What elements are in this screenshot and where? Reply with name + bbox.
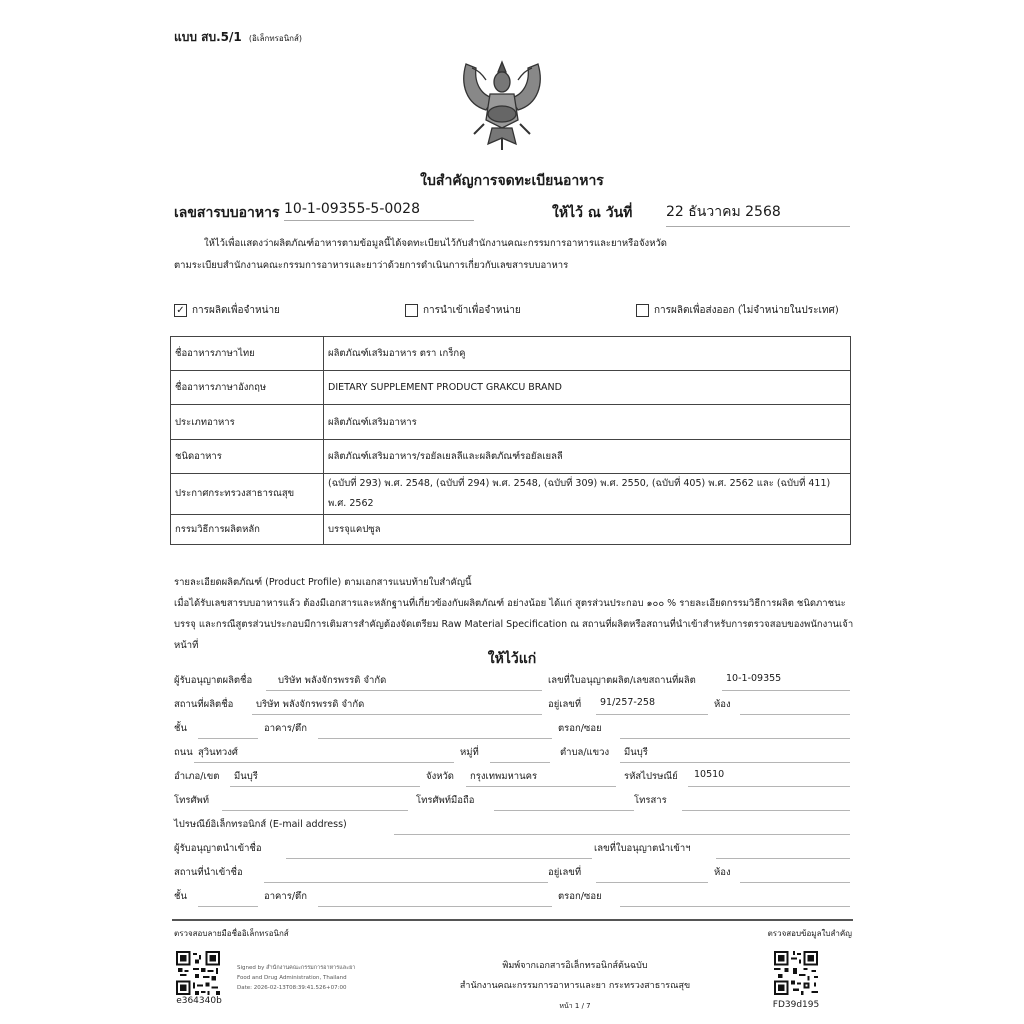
- email-label: ไปรษณีย์อิเล็กทรอนิกส์ (E-mail address): [174, 817, 347, 832]
- footer-divider: [172, 919, 853, 921]
- form-row-import-floor: ชั้น อาคาร/ตึก ตรอก/ซอย: [174, 887, 850, 907]
- fax-label: โทรสาร: [634, 793, 667, 808]
- table-row: ชนิดอาหาร ผลิตภัณฑ์เสริมอาหาร/รอยัลเยลลี…: [171, 440, 851, 474]
- qr-code-document-icon[interactable]: [774, 951, 818, 995]
- table-row: ชื่ออาหารภาษาไทย ผลิตภัณฑ์เสริมอาหาร ตรา…: [171, 337, 851, 371]
- form-row-road: ถนน สุวินทวงศ์ หมู่ที่ ตำบล/แขวง มีนบุรี: [174, 743, 850, 763]
- food-info-table: ชื่ออาหารภาษาไทย ผลิตภัณฑ์เสริมอาหาร ตรา…: [170, 336, 851, 545]
- intro-text-line2: ตามระเบียบสำนักงานคณะกรรมการอาหารและยาว่…: [174, 258, 568, 273]
- signed-date: Date: 2026-02-13T08:39:41.526+07:00: [237, 983, 355, 993]
- import-building-label: อาคาร/ตึก: [264, 889, 307, 904]
- district-value: มีนบุรี: [234, 769, 258, 784]
- checkbox-empty-icon[interactable]: [636, 304, 649, 317]
- profile-line1: รายละเอียดผลิตภัณฑ์ (Product Profile) ตา…: [174, 572, 854, 593]
- profile-line2: เมื่อได้รับเลขสารบบอาหารแล้ว ต้องมีเอกสา…: [174, 593, 854, 656]
- checkbox-produce-for-sale[interactable]: ✓ การผลิตเพื่อจำหน่าย: [174, 303, 280, 318]
- qr-document-code: FD39d195: [770, 1000, 822, 1010]
- checkbox-produce-for-export[interactable]: การผลิตเพื่อส่งออก (ไม่จำหน่ายในประเทศ): [636, 303, 839, 318]
- postal-value: 10510: [694, 769, 724, 780]
- form-code-text: แบบ สบ.5/1: [174, 30, 242, 44]
- floor-label: ชั้น: [174, 721, 187, 736]
- import-floor-label: ชั้น: [174, 889, 187, 904]
- issue-date-value: 22 ธันวาคม 2568: [666, 201, 850, 227]
- road-label: ถนน: [174, 745, 193, 760]
- postal-label: รหัสไปรษณีย์: [624, 769, 678, 784]
- import-site-label: สถานที่นำเข้าชื่อ: [174, 865, 243, 880]
- table-row: ประเภทอาหาร ผลิตภัณฑ์เสริมอาหาร: [171, 405, 851, 440]
- form-row-importer: ผู้รับอนุญาตนำเข้าชื่อ เลขที่ใบอนุญาตนำเ…: [174, 839, 850, 859]
- checkbox-label: การนำเข้าเพื่อจำหน่าย: [423, 303, 521, 318]
- mobile-label: โทรศัพท์มือถือ: [416, 793, 474, 808]
- qr-code-signature-icon[interactable]: [176, 951, 220, 995]
- table-key: ชื่ออาหารภาษาไทย: [171, 337, 324, 371]
- license-number-value: 10-1-09355: [726, 673, 781, 684]
- phone-label: โทรศัพท์: [174, 793, 209, 808]
- table-key: ชนิดอาหาร: [171, 440, 324, 474]
- signed-org: Food and Drug Administration, Thailand: [237, 973, 355, 983]
- table-row: ประกาศกระทรวงสาธารณสุข (ฉบับที่ 293) พ.ศ…: [171, 474, 851, 515]
- road-value: สุวินทวงศ์: [198, 745, 238, 760]
- form-row-phone: โทรศัพท์ โทรศัพท์มือถือ โทรสาร: [174, 791, 850, 811]
- producer-name-label: ผู้รับอนุญาตผลิตชื่อ: [174, 673, 252, 688]
- form-code-note: (อิเล็กทรอนิกส์): [249, 34, 302, 43]
- importer-name-label: ผู้รับอนุญาตนำเข้าชื่อ: [174, 841, 262, 856]
- table-value: DIETARY SUPPLEMENT PRODUCT GRAKCU BRAND: [324, 371, 851, 405]
- building-label: อาคาร/ตึก: [264, 721, 307, 736]
- province-label: จังหวัด: [426, 769, 454, 784]
- alley-label: ตรอก/ซอย: [558, 721, 602, 736]
- qr-signature-code: e364340b: [174, 996, 224, 1006]
- import-alley-label: ตรอก/ซอย: [558, 889, 602, 904]
- address-no-value: 91/257-258: [600, 697, 655, 708]
- import-address-no-label: อยู่เลขที่: [548, 865, 581, 880]
- printed-line2: สำนักงานคณะกรรมการอาหารและยา กระทรวงสาธา…: [440, 976, 710, 996]
- table-row: ชื่ออาหารภาษาอังกฤษ DIETARY SUPPLEMENT P…: [171, 371, 851, 405]
- form-row-site: สถานที่ผลิตชื่อ บริษัท พลังจักรพรรดิ จำก…: [174, 695, 850, 715]
- province-value: กรุงเทพมหานคร: [470, 769, 537, 784]
- table-key: ประกาศกระทรวงสาธารณสุข: [171, 474, 324, 515]
- subdistrict-label: ตำบล/แขวง: [560, 745, 609, 760]
- intro-text-line1: ให้ไว้เพื่อแสดงว่าผลิตภัณฑ์อาหารตามข้อมู…: [204, 236, 667, 251]
- table-value: ผลิตภัณฑ์เสริมอาหาร: [324, 405, 851, 440]
- table-key: ประเภทอาหาร: [171, 405, 324, 440]
- subdistrict-value: มีนบุรี: [624, 745, 648, 760]
- form-row-email: ไปรษณีย์อิเล็กทรอนิกส์ (E-mail address): [174, 815, 850, 835]
- address-no-label: อยู่เลขที่: [548, 697, 581, 712]
- form-row-district: อำเภอ/เขต มีนบุรี จังหวัด กรุงเทพมหานคร …: [174, 767, 850, 787]
- signed-by: Signed by สำนักงานคณะกรรมการอาหารและยา: [237, 963, 355, 973]
- grantee-heading: ให้ไว้แก่: [0, 648, 1024, 670]
- garuda-emblem-icon: [456, 54, 548, 152]
- registration-number-label: เลขสารบบอาหาร: [174, 202, 280, 224]
- table-value: ผลิตภัณฑ์เสริมอาหาร/รอยัลเยลลีและผลิตภัณ…: [324, 440, 851, 474]
- site-name-value: บริษัท พลังจักรพรรดิ จำกัด: [256, 697, 364, 712]
- site-name-label: สถานที่ผลิตชื่อ: [174, 697, 233, 712]
- digital-signature-info: Signed by สำนักงานคณะกรรมการอาหารและยา F…: [237, 963, 355, 993]
- table-key: ชื่ออาหารภาษาอังกฤษ: [171, 371, 324, 405]
- table-value: บรรจุแคปซูล: [324, 515, 851, 545]
- form-row-import-site: สถานที่นำเข้าชื่อ อยู่เลขที่ ห้อง: [174, 863, 850, 883]
- verify-signature-label: ตรวจสอบลายมือชื่ออิเล็กทรอนิกส์: [174, 927, 289, 940]
- form-row-producer: ผู้รับอนุญาตผลิตชื่อ บริษัท พลังจักรพรรด…: [174, 671, 850, 691]
- table-value: (ฉบับที่ 293) พ.ศ. 2548, (ฉบับที่ 294) พ…: [324, 474, 851, 515]
- table-row: กรรมวิธีการผลิตหลัก บรรจุแคปซูล: [171, 515, 851, 545]
- producer-name-value: บริษัท พลังจักรพรรดิ จำกัด: [278, 673, 386, 688]
- printed-from-notice: พิมพ์จากเอกสารอิเล็กทรอนิกส์ต้นฉบับ สำนั…: [440, 956, 710, 1016]
- form-row-floor: ชั้น อาคาร/ตึก ตรอก/ซอย: [174, 719, 850, 739]
- printed-line1: พิมพ์จากเอกสารอิเล็กทรอนิกส์ต้นฉบับ: [440, 956, 710, 976]
- import-license-label: เลขที่ใบอนุญาตนำเข้าฯ: [594, 841, 691, 856]
- verify-document-label: ตรวจสอบข้อมูลใบสำคัญ: [768, 927, 852, 940]
- checkbox-import-for-sale[interactable]: การนำเข้าเพื่อจำหน่าย: [405, 303, 521, 318]
- checkbox-label: การผลิตเพื่อจำหน่าย: [192, 303, 280, 318]
- district-label: อำเภอ/เขต: [174, 769, 219, 784]
- document-title: ใบสำคัญการจดทะเบียนอาหาร: [0, 170, 1024, 192]
- issue-date-label: ให้ไว้ ณ วันที่: [552, 202, 632, 224]
- checkbox-checked-icon[interactable]: ✓: [174, 304, 187, 317]
- form-code: แบบ สบ.5/1 (อิเล็กทรอนิกส์): [174, 28, 302, 47]
- table-value: ผลิตภัณฑ์เสริมอาหาร ตรา เกร็กคู: [324, 337, 851, 371]
- room-label: ห้อง: [714, 697, 731, 712]
- checkbox-empty-icon[interactable]: [405, 304, 418, 317]
- license-number-label: เลขที่ใบอนุญาตผลิต/เลขสถานที่ผลิต: [548, 673, 696, 688]
- product-profile-notice: รายละเอียดผลิตภัณฑ์ (Product Profile) ตา…: [174, 572, 854, 656]
- import-room-label: ห้อง: [714, 865, 731, 880]
- registration-number-value: 10-1-09355-5-0028: [284, 201, 474, 221]
- moo-label: หมู่ที่: [460, 745, 479, 760]
- checkbox-label: การผลิตเพื่อส่งออก (ไม่จำหน่ายในประเทศ): [654, 303, 839, 318]
- table-key: กรรมวิธีการผลิตหลัก: [171, 515, 324, 545]
- page-number: หน้า 1 / 7: [440, 996, 710, 1016]
